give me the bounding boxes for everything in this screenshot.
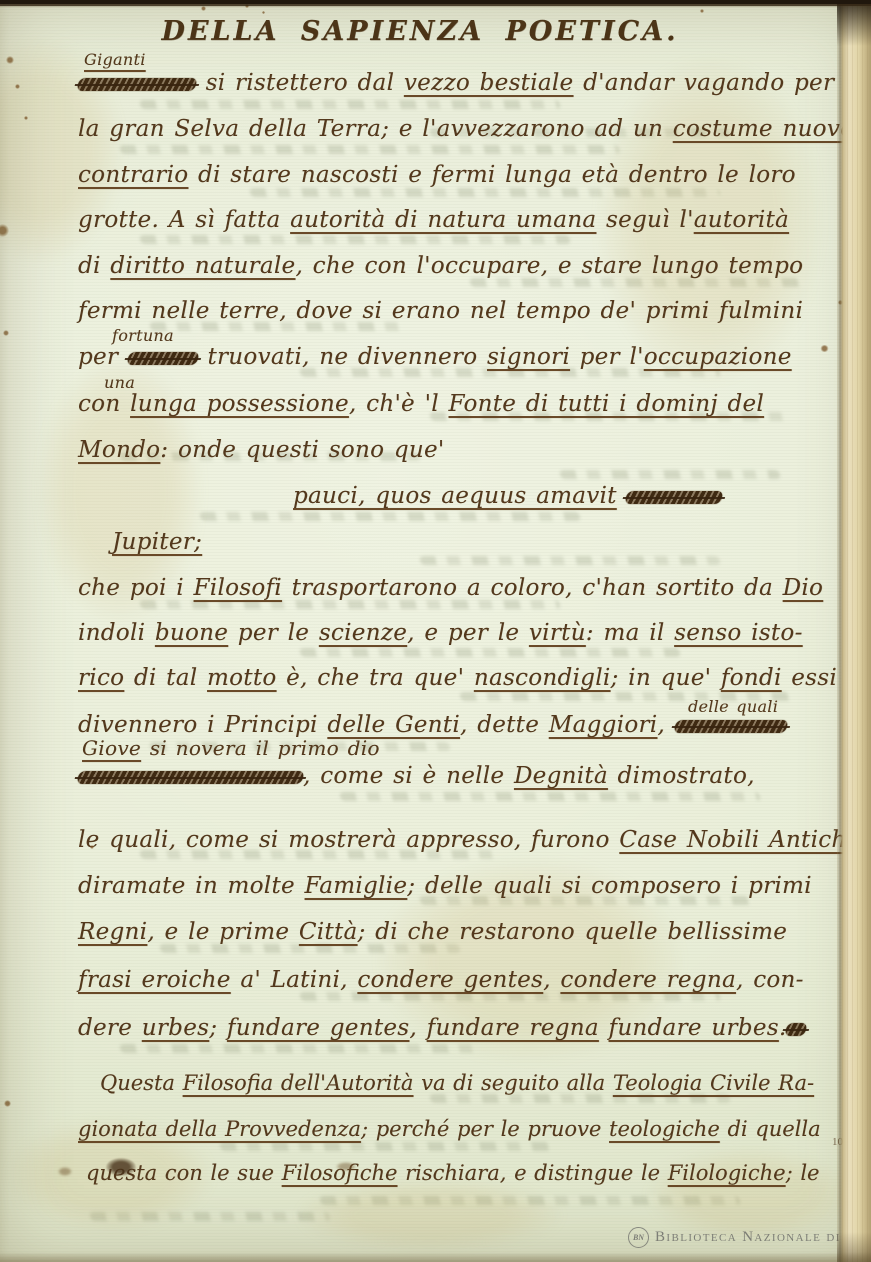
handwritten-text: seguì l' <box>596 207 693 233</box>
underlined-text: Regni <box>78 919 147 945</box>
underlined-text: gionata della Provvedenza <box>78 1117 361 1141</box>
handwritten-text: va di seguito alla <box>413 1071 612 1095</box>
text-line: indoli buone per le scienze, e per le vi… <box>78 620 803 646</box>
crossed-out-word <box>76 78 197 91</box>
handwritten-text: fortuna <box>112 326 174 345</box>
handwritten-text: la gran Selva della Terra; e l'avvezzaro… <box>78 116 673 142</box>
underlined-text: occupazione <box>644 344 792 370</box>
handwritten-text: , <box>409 1015 426 1041</box>
handwritten-text: con <box>78 391 130 417</box>
underlined-text: fundare regna <box>427 1015 599 1041</box>
foxing-spot <box>4 1100 11 1107</box>
handwritten-text: , <box>657 712 674 738</box>
handwritten-text: ; in que' <box>611 665 721 691</box>
underlined-text: Giganti <box>84 50 146 69</box>
text-line: che poi i Filosofi trasportarono a color… <box>78 575 823 601</box>
text-line: contrario di stare nascosti e fermi lung… <box>78 162 796 188</box>
text-line: fortuna <box>112 326 174 345</box>
handwritten-text: ; le <box>786 1161 820 1185</box>
text-line: Jupiter; <box>112 529 202 555</box>
ink-smudge <box>58 1167 72 1176</box>
text-line: Giganti <box>84 50 146 69</box>
underlined-text: Mondo <box>78 437 160 463</box>
library-watermark: BN Biblioteca Nazionale di Napoli <box>628 1227 871 1248</box>
handwritten-text: ; di che restarono quelle bellissime <box>358 919 788 945</box>
handwritten-text: , che con l'occupare, e stare lungo temp… <box>295 253 803 279</box>
handwritten-text: ; delle quali si composero i primi <box>407 873 812 899</box>
library-logo-icon: BN <box>628 1227 649 1248</box>
underlined-text: Case Nobili Antiche, <box>619 827 868 853</box>
text-line: grotte. A sì fatta autorità di natura um… <box>78 207 789 233</box>
underlined-text: motto <box>207 665 277 691</box>
underlined-text: Famiglie <box>305 873 408 899</box>
foxing-spot <box>262 11 265 14</box>
underlined-text: nascondigli <box>474 665 611 691</box>
underlined-text: frasi eroiche <box>78 967 231 993</box>
foxing-spot <box>6 56 14 64</box>
manuscript-text: Giganti si ristettero dal vezzo bestiale… <box>0 0 871 1262</box>
handwritten-text: per <box>78 344 128 370</box>
text-line: la gran Selva della Terra; e l'avvezzaro… <box>78 116 854 142</box>
underlined-text: Maggiori <box>549 712 658 738</box>
handwritten-text: grotte. A sì fatta <box>78 207 290 233</box>
handwritten-text: si novera il primo dio <box>141 736 380 760</box>
text-line: Giove si novera il primo dio <box>82 736 380 760</box>
text-line: dere urbes; fundare gentes, fundare regn… <box>78 1015 806 1041</box>
handwritten-text: fermi nelle terre, dove si erano nel tem… <box>78 298 803 324</box>
underlined-text: Degnità <box>514 763 608 789</box>
text-line: con lunga possessione, ch'è 'l Fonte di … <box>78 391 764 417</box>
underlined-text: teologiche <box>609 1117 720 1141</box>
underlined-text: autorità di natura umana <box>290 207 596 233</box>
handwritten-text: , ch'è 'l <box>349 391 449 417</box>
underlined-text: contrario <box>78 162 188 188</box>
underlined-text: vezzo bestiale <box>404 70 574 96</box>
handwritten-text: per le <box>228 620 319 646</box>
handwritten-text: d'andar vagando per <box>573 70 834 96</box>
handwritten-text: si ristettero dal <box>196 70 404 96</box>
handwritten-text: , e per le <box>407 620 529 646</box>
crossed-out-word <box>785 1023 808 1036</box>
handwritten-text: Questa <box>100 1071 183 1095</box>
foxing-spot <box>3 330 9 336</box>
handwritten-text: è, che tra que' <box>277 665 474 691</box>
handwritten-text: di tal <box>124 665 207 691</box>
underlined-text: urbes <box>142 1015 209 1041</box>
text-line: Mondo: onde questi sono que' <box>78 437 445 463</box>
text-line: pauci, quos aequus amavit <box>293 483 722 509</box>
manuscript-page: DELLA SAPIENZA POETICA. Giganti si riste… <box>0 0 871 1262</box>
underlined-text: fundare urbes <box>609 1015 779 1041</box>
handwritten-text: , come si è nelle <box>303 763 514 789</box>
foxing-spot <box>700 9 704 13</box>
book-gutter-edge <box>837 0 871 1262</box>
underlined-text: signori <box>487 344 570 370</box>
text-line: rico di tal motto è, che tra que' nascon… <box>78 665 837 691</box>
underlined-text: condere gentes <box>357 967 543 993</box>
handwritten-text: truovati, ne divennero <box>198 344 487 370</box>
text-line: diramate in molte Famiglie; delle quali … <box>78 873 812 899</box>
handwritten-text: trasportarono a coloro, c'han sortito da <box>282 575 783 601</box>
underlined-text: Città <box>299 919 358 945</box>
handwritten-text: dere <box>78 1015 142 1041</box>
underlined-text: Giove <box>82 736 141 760</box>
handwritten-text: ; <box>209 1015 227 1041</box>
handwritten-text: dimostrato, <box>608 763 755 789</box>
scan-bottom-edge <box>0 1252 871 1262</box>
handwritten-text: essi <box>782 665 837 691</box>
handwritten-text <box>599 1015 609 1041</box>
underlined-text: pauci, quos aequus amavit <box>293 483 617 509</box>
underlined-text: rico <box>78 665 124 691</box>
crossed-out-word <box>625 491 724 504</box>
text-line: di diritto naturale, che con l'occupare,… <box>78 253 803 279</box>
underlined-text: fundare gentes <box>227 1015 410 1041</box>
underlined-text: Fonte di tutti i dominj del <box>448 391 764 417</box>
underlined-text: Jupiter; <box>112 529 202 555</box>
text-line: frasi eroiche a' Latini, condere gentes,… <box>78 967 804 993</box>
handwritten-text: per l' <box>570 344 644 370</box>
text-line: gionata della Provvedenza; perché per le… <box>78 1117 821 1141</box>
underlined-text: fondi <box>721 665 782 691</box>
underlined-text: Filologiche <box>668 1161 786 1185</box>
handwritten-text: , con- <box>736 967 804 993</box>
foxing-spot <box>90 845 94 849</box>
crossed-out-word <box>76 771 304 784</box>
text-line: , come si è nelle Degnità dimostrato, <box>78 763 755 789</box>
foxing-spot <box>24 116 28 120</box>
underlined-text: Filosofi <box>194 575 282 601</box>
text-line: fermi nelle terre, dove si erano nel tem… <box>78 298 803 324</box>
handwritten-text: indoli <box>78 620 155 646</box>
handwritten-text: , <box>543 967 560 993</box>
underlined-text: buone <box>155 620 228 646</box>
underlined-text: senso isto- <box>674 620 803 646</box>
handwritten-text: : onde questi sono que' <box>160 437 444 463</box>
underlined-text: diritto naturale <box>110 253 295 279</box>
library-monogram: BN <box>633 1233 644 1242</box>
handwritten-text: ; perché per le pruove <box>361 1117 609 1141</box>
text-line: si ristettero dal vezzo bestiale d'andar… <box>78 70 834 96</box>
crossed-out-word <box>126 352 199 365</box>
underlined-text: Dio <box>783 575 824 601</box>
handwritten-text: rischiara, e distingue le <box>397 1161 667 1185</box>
underlined-text: delle Genti <box>327 712 460 738</box>
foxing-spot <box>15 84 20 89</box>
handwritten-text: , dette <box>460 712 549 738</box>
underlined-text: lunga possessione <box>130 391 349 417</box>
manuscript-paper: DELLA SAPIENZA POETICA. Giganti si riste… <box>0 0 871 1262</box>
handwritten-text: divennero i Principi <box>78 712 327 738</box>
underlined-text: autorità <box>694 207 789 233</box>
handwritten-text: a' Latini, <box>231 967 358 993</box>
underlined-text: condere regna <box>560 967 736 993</box>
handwritten-text: di <box>78 253 110 279</box>
handwritten-text: una <box>104 373 135 392</box>
handwritten-text <box>617 483 627 509</box>
handwritten-text: : ma il <box>586 620 674 646</box>
underlined-text: Teologia Civile Ra- <box>613 1071 814 1095</box>
underlined-text: Filosofia dell'Autorità <box>183 1071 414 1095</box>
underlined-text: costume nuovo <box>673 116 855 142</box>
handwritten-text: di stare nascosti e fermi lunga età dent… <box>188 162 795 188</box>
underlined-text: scienze <box>319 620 407 646</box>
crossed-out-word <box>673 720 788 733</box>
handwritten-text: diramate in molte <box>78 873 305 899</box>
underlined-text: virtù <box>529 620 586 646</box>
handwritten-text: che poi i <box>78 575 194 601</box>
handwritten-text: di quella <box>720 1117 821 1141</box>
text-line: Regni, e le prime Città; di che restaron… <box>78 919 787 945</box>
handwritten-text: , e le prime <box>147 919 299 945</box>
text-line: una <box>104 373 135 392</box>
ink-smudge <box>106 1158 136 1176</box>
text-line: questa con le sue Filosofiche rischiara,… <box>86 1161 819 1185</box>
foxing-spot <box>820 345 829 352</box>
ink-smudge <box>336 1162 356 1171</box>
text-line: le quali, come si mostrerà appresso, fur… <box>78 827 868 853</box>
handwritten-text: le quali, come si mostrerà appresso, fur… <box>78 827 619 853</box>
text-line: divennero i Principi delle Genti, dette … <box>78 712 787 738</box>
text-line: per truovati, ne divennero signori per l… <box>78 344 792 370</box>
scan-top-edge <box>0 0 871 8</box>
text-line: Questa Filosofia dell'Autorità va di seg… <box>100 1071 814 1095</box>
